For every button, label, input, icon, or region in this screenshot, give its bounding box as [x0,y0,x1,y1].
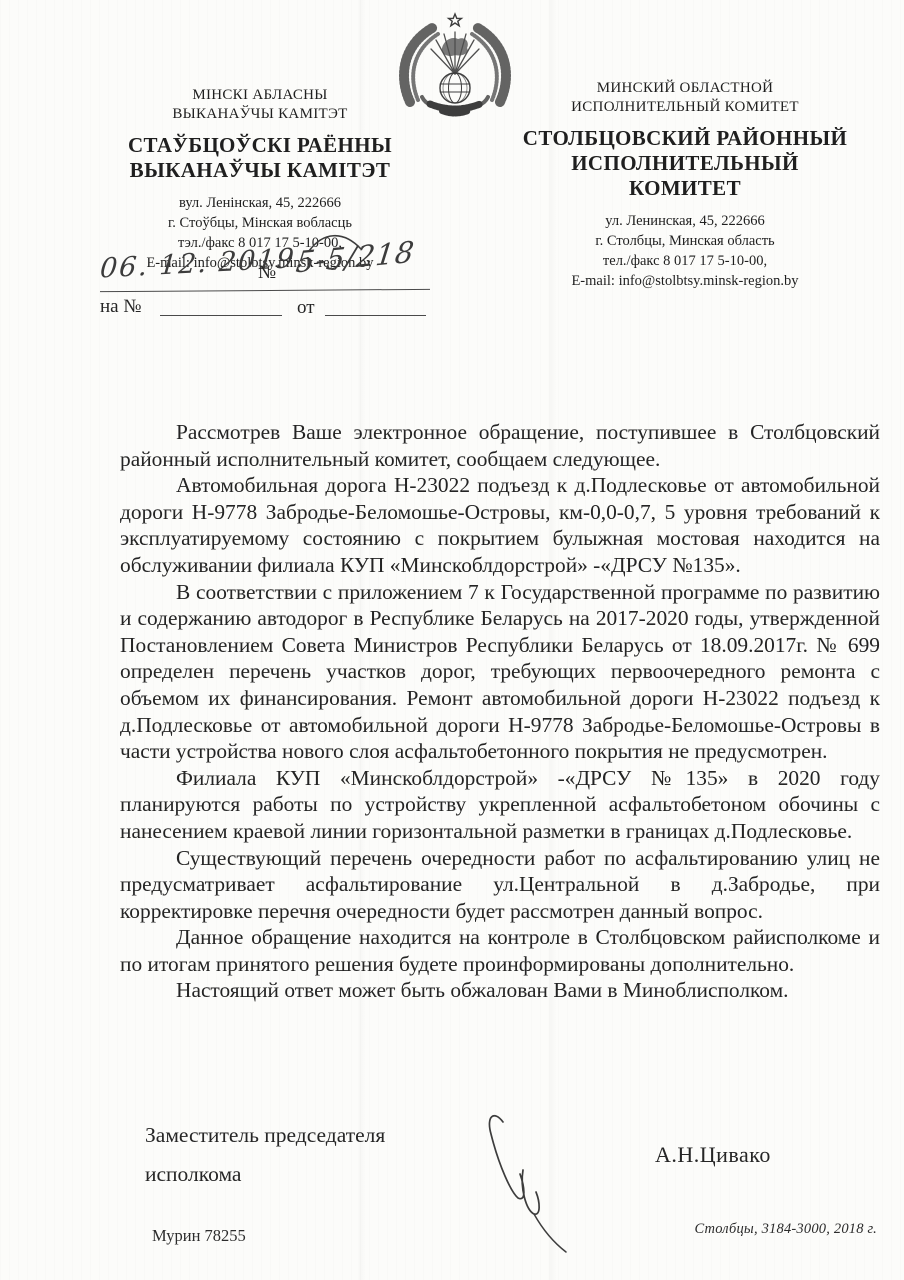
signer-position: Заместитель председателя исполкома [145,1116,385,1194]
body-paragraph: Автомобильная дорога Н-23022 подъезд к д… [120,472,880,578]
address-line: г. Стоўбцы, Мінская вобласць [93,213,427,233]
org-name-line: ИСПОЛНИТЕЛЬНЫЙ КОМИТЕТ [518,151,852,201]
org-name-line: ВЫКАНАЎЧЫ КАМІТЭТ [93,158,427,183]
date-number-underline [100,289,430,292]
body-paragraph: Рассмотрев Ваше электронное обращение, п… [120,419,880,472]
executor-note: Мурин 78255 [152,1226,246,1246]
superior-org-line: ВЫКАНАЎЧЫ КАМІТЭТ [93,105,427,124]
superior-org-line: МИНСКИЙ ОБЛАСТНОЙ [518,79,852,98]
superior-org-line: ИСПОЛНИТЕЛЬНЫЙ КОМИТЕТ [518,98,852,117]
address-line: E-mail: info@stolbtsy.minsk-region.by [518,271,852,291]
body-paragraph: Настоящий ответ может быть обжалован Вам… [120,977,880,1004]
print-shop-note: Столбцы, 3184-3000, 2018 г. [694,1221,877,1238]
body-paragraph: В соответствии с приложением 7 к Государ… [120,579,880,765]
reply-to-number-label: на № [100,296,141,318]
body-paragraph: Филиала КУП «Минскоблдорстрой» -«ДРСУ №1… [120,765,880,845]
org-address: ул. Ленинская, 45, 222666 г. Столбцы, Ми… [518,211,852,291]
signer-position-line: исполкома [145,1155,385,1194]
address-line: г. Столбцы, Минская область [518,231,852,251]
scanned-letter-page: МІНСКІ АБЛАСНЫ ВЫКАНАЎЧЫ КАМІТЭТ СТАЎБЦО… [0,0,904,1280]
number-sign-label: № [258,262,276,284]
superior-org-line: МІНСКІ АБЛАСНЫ [93,86,427,105]
reply-date-blank-line [325,315,426,316]
address-line: ул. Ленинская, 45, 222666 [518,211,852,231]
body-paragraph: Данное обращение находится на контроле в… [120,924,880,977]
reply-from-label: от [297,297,315,319]
address-line: тел./факс 8 017 17 5-10-00, [518,251,852,271]
letter-body: Рассмотрев Ваше электронное обращение, п… [120,419,880,1004]
letterhead-russian: МИНСКИЙ ОБЛАСТНОЙ ИСПОЛНИТЕЛЬНЫЙ КОМИТЕТ… [518,79,852,291]
reply-number-blank-line [160,315,282,316]
signer-name: А.Н.Цивако [655,1142,771,1168]
org-name-line: СТАЎБЦОЎСКІ РАЁННЫ [93,133,427,158]
address-line: вул. Ленінская, 45, 222666 [93,193,427,213]
org-name-line: СТОЛБЦОВСКИЙ РАЙОННЫЙ [518,126,852,151]
handwritten-signature [455,1080,595,1272]
body-paragraph: Существующий перечень очередности работ … [120,845,880,925]
signer-position-line: Заместитель председателя [145,1116,385,1155]
